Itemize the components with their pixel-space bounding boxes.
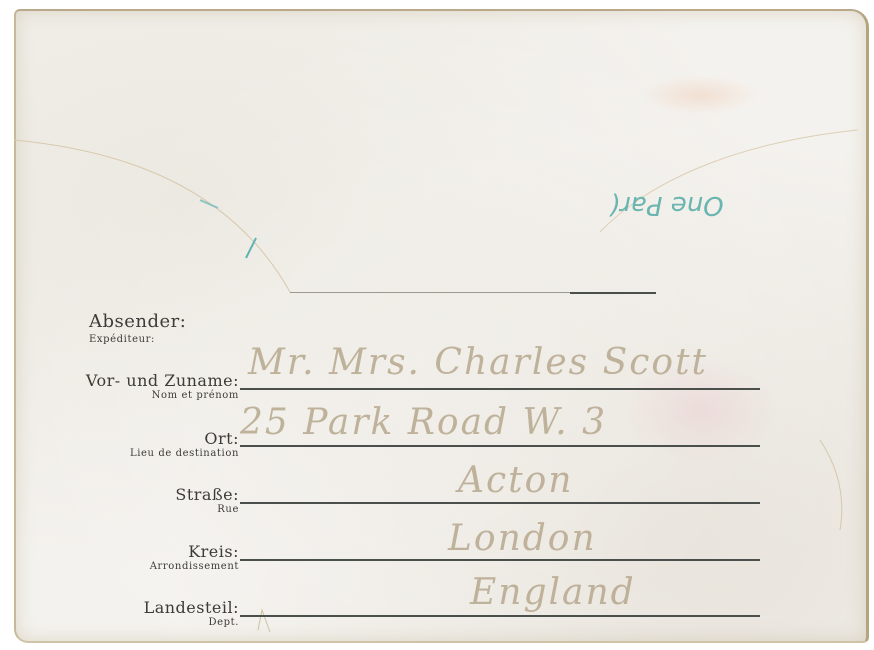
field-region-label: Landesteil: Dept.: [144, 599, 239, 629]
sender-label-fr: Expéditeur:: [89, 334, 186, 346]
field-name-label: Vor- und Zuname: Nom et prénom: [86, 372, 239, 402]
field-region-de: Landesteil:: [144, 599, 239, 617]
field-region-fr: Dept.: [144, 617, 239, 629]
handwritten-district: London: [448, 518, 597, 559]
flap-line-dark: [570, 292, 656, 294]
sender-label-de: Absender:: [89, 313, 186, 331]
field-street-line[interactable]: [240, 502, 760, 504]
flap-line-thin: [290, 292, 570, 293]
handwritten-address: 25 Park Road W. 3: [240, 402, 607, 443]
field-street-label: Straße: Rue: [175, 486, 239, 516]
field-place-fr: Lieu de destination: [130, 448, 239, 460]
field-name-fr: Nom et prénom: [86, 390, 239, 402]
field-name-line[interactable]: [240, 388, 760, 390]
blue-pencil-note: One Par(: [610, 190, 724, 220]
field-district-fr: Arrondissement: [150, 561, 239, 573]
handwritten-street: Acton: [458, 460, 574, 501]
field-place-label: Ort: Lieu de destination: [130, 430, 239, 460]
field-district-label: Kreis: Arrondissement: [150, 543, 239, 573]
field-street-fr: Rue: [175, 504, 239, 516]
field-district-de: Kreis:: [150, 543, 239, 561]
field-district-line[interactable]: [240, 559, 760, 561]
handwritten-name: Mr. Mrs. Charles Scott: [248, 342, 708, 383]
field-name-de: Vor- und Zuname:: [86, 372, 239, 390]
field-region-line[interactable]: [240, 615, 760, 617]
handwritten-region: England: [470, 572, 636, 613]
field-place-de: Ort:: [130, 430, 239, 448]
field-street-de: Straße:: [175, 486, 239, 504]
sender-heading: Absender: Expéditeur:: [89, 313, 186, 346]
faded-postmark-orange: [640, 75, 760, 115]
field-place-line[interactable]: [240, 445, 760, 447]
blue-mark: [246, 238, 256, 258]
